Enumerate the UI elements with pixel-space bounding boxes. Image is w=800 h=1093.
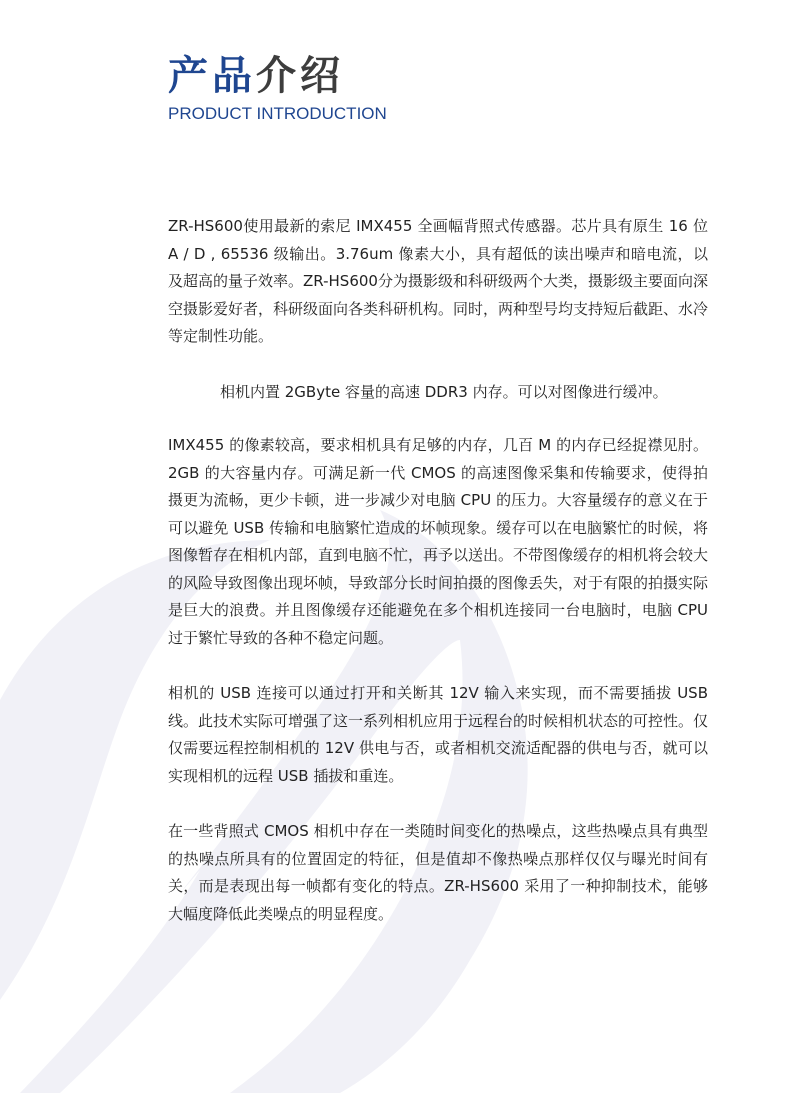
page-header: 产品介绍 PRODUCT INTRODUCTION [168, 52, 387, 124]
paragraph-image-buffer: IMX455 的像素较高，要求相机具有足够的内存，几百 M 的内存已经捉襟见肘。… [168, 432, 708, 652]
paragraph-sensor-overview: ZR-HS600使用最新的索尼 IMX455 全画幅背照式传感器。芯片具有原生 … [168, 213, 708, 351]
page-title-accent: 产品 [168, 53, 256, 99]
paragraph-hot-pixel-suppression: 在一些背照式 CMOS 相机中存在一类随时间变化的热噪点，这些热噪点具有典型的热… [168, 818, 708, 928]
paragraph-usb-power-control: 相机的 USB 连接可以通过打开和关断其 12V 输入来实现，而不需要插拔 US… [168, 680, 708, 790]
page-subtitle-english: PRODUCT INTRODUCTION [168, 104, 387, 124]
page-title: 产品介绍 [168, 52, 387, 100]
intro-body: ZR-HS600使用最新的索尼 IMX455 全画幅背照式传感器。芯片具有原生 … [168, 213, 708, 956]
paragraph-ddr3-memory: 相机内置 2GByte 容量的高速 DDR3 内存。可以对图像进行缓冲。 [168, 379, 708, 407]
page-title-rest: 介绍 [256, 53, 344, 99]
